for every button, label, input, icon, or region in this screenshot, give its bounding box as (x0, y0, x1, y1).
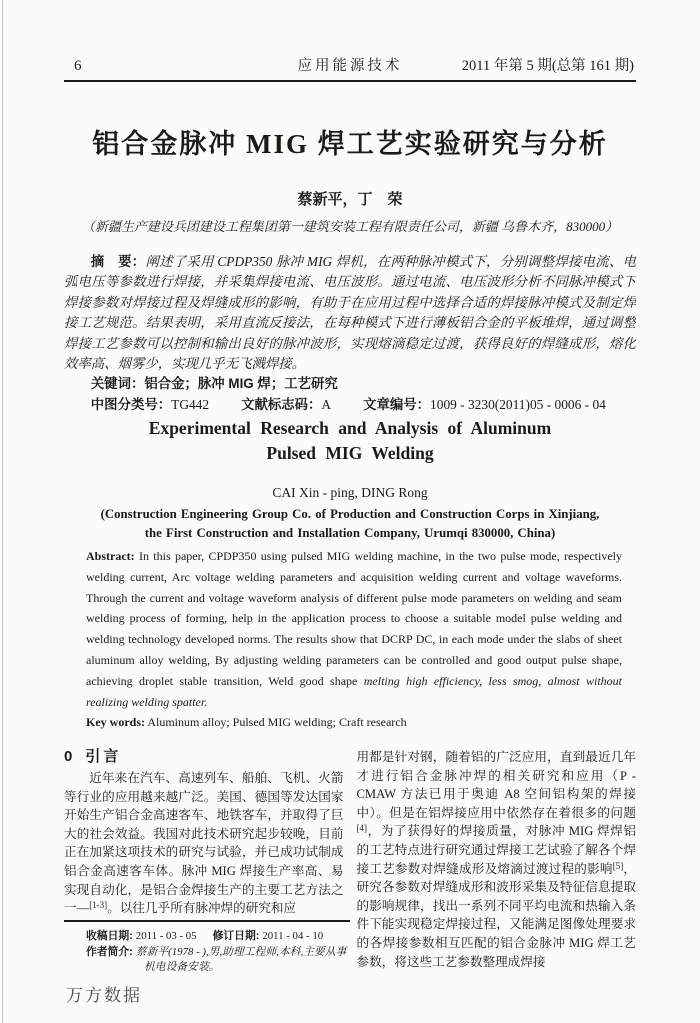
affiliation-en-line2: the First Construction and Installation … (145, 526, 555, 540)
citation-ref-4: [4] (357, 823, 368, 833)
article-title-zh: 铝合金脉冲 MIG 焊工艺实验研究与分析 (0, 122, 700, 161)
received-date-value: 2011 - 03 - 05 (136, 930, 197, 942)
section-number: 0 (64, 748, 72, 765)
authors-en: CAI Xin - ping, DING Rong (0, 485, 700, 501)
affiliation-en: (Construction Engineering Group Co. of P… (0, 505, 700, 543)
right-column-paragraph: 用都是针对钢，随着铝的广泛应用，直到最近几年才进行铝合金脉冲焊的相关研究和应用（… (357, 748, 637, 971)
doc-code-value: A (321, 397, 331, 412)
author-bio-value: 蔡新平(1978 - ),男,助理工程师,本科,主要从事机电设备安装。 (136, 946, 347, 974)
page-header: 6 应用能源技术 2011 年第 5 期(总第 161 期) (64, 50, 636, 82)
journal-scan-page: 6 应用能源技术 2011 年第 5 期(总第 161 期) 铝合金脉冲 MIG… (0, 0, 700, 1023)
issue-info: 2011 年第 5 期(总第 161 期) (462, 54, 634, 75)
article-id-value: 1009 - 3230(2011)05 - 0006 - 04 (430, 397, 606, 412)
keywords-en-label: Key words: (86, 715, 145, 729)
right-text-1: 用都是针对钢，随着铝的广泛应用，直到最近几年才进行铝合金脉冲焊的相关研究和应用（… (357, 750, 637, 820)
clc-value: TG442 (171, 397, 209, 412)
abstract-zh-text: 阐述了采用 CPDP350 脉冲 MIG 焊机，在两种脉冲模式下，分别调整焊接电… (64, 254, 636, 371)
authors-zh: 蔡新平，丁 荣 (0, 188, 700, 209)
right-text-3: ，研究各参数对焊缝成形和波形采集及特征信息提取的影响规律，找出一系列不同平均电流… (357, 862, 637, 969)
right-column: 用都是针对钢，随着铝的广泛应用，直到最近几年才进行铝合金脉冲焊的相关研究和应用（… (357, 748, 637, 971)
classification-line: 中图分类号：TG442文献标志码：A文章编号：1009 - 3230(2011)… (64, 395, 636, 415)
affiliation-zh: （新疆生产建设兵团建设工程集团第一建筑安装工程有限责任公司，新疆 乌鲁木齐，83… (0, 216, 700, 235)
abstract-en-block: Abstract: In this paper, CPDP350 using p… (86, 546, 622, 733)
section-title: 引言 (85, 748, 121, 765)
author-bio-label: 作者简介: (86, 946, 136, 958)
abstract-zh-label: 摘 要： (91, 254, 146, 269)
revised-date-label: 修订日期: (213, 930, 263, 942)
received-date-label: 收稿日期: (86, 930, 136, 942)
title-en-line1: Experimental Research and Analysis of Al… (149, 418, 551, 438)
affiliation-en-line1: (Construction Engineering Group Co. of P… (101, 507, 600, 521)
left-text-2: 。以往几乎所有脉冲焊的研究和应 (107, 901, 296, 915)
clc-label: 中图分类号： (91, 397, 171, 412)
abstract-zh-paragraph: 摘 要：阐述了采用 CPDP350 脉冲 MIG 焊机，在两种脉冲模式下，分别调… (64, 252, 636, 374)
keywords-zh-text: 铝合金；脉冲 MIG 焊；工艺研究 (144, 376, 337, 391)
citation-ref-1-3: [1-3] (89, 900, 107, 910)
keywords-en-text: Aluminum alloy; Pulsed MIG welding; Craf… (145, 715, 407, 729)
revised-date-value: 2011 - 04 - 10 (262, 930, 323, 942)
right-text-2: ，为了获得好的焊接质量，对脉冲 MIG 焊焊铝的工艺特点进行研究通过焊接工艺试验… (357, 824, 637, 875)
abstract-en-paragraph: Abstract: In this paper, CPDP350 using p… (86, 546, 622, 712)
abstract-en-text: In this paper, CPDP350 using pulsed MIG … (86, 549, 622, 688)
keywords-zh-line: 关键词：铝合金；脉冲 MIG 焊；工艺研究 (64, 374, 636, 394)
left-text-1: 近年来在汽车、高速列车、船舶、飞机、火箭等行业的应用越来越广泛。美国、德国等发达… (64, 771, 344, 915)
footnote-dates-line: 收稿日期: 2011 - 03 - 05修订日期: 2011 - 04 - 10 (86, 929, 350, 945)
author-bio-line: 作者简介: 蔡新平(1978 - ),男,助理工程师,本科,主要从事机电设备安装… (86, 945, 350, 976)
keywords-en-line: Key words: Aluminum alloy; Pulsed MIG we… (86, 712, 622, 733)
article-id-label: 文章编号： (363, 397, 430, 412)
title-en-line2: Pulsed MIG Welding (266, 443, 433, 463)
wanfang-data-watermark: 万方数据 (66, 981, 142, 1006)
abstract-en-label: Abstract: (86, 549, 135, 563)
section-heading: 0引言 (64, 748, 344, 769)
left-column-paragraph: 近年来在汽车、高速列车、船舶、飞机、火箭等行业的应用越来越广泛。美国、德国等发达… (64, 769, 344, 918)
abstract-zh-block: 摘 要：阐述了采用 CPDP350 脉冲 MIG 焊机，在两种脉冲模式下，分别调… (64, 252, 636, 415)
doc-code-label: 文献标志码： (241, 397, 321, 412)
article-title-en: Experimental Research and Analysis of Al… (0, 416, 700, 466)
footnote-block: 收稿日期: 2011 - 03 - 05修订日期: 2011 - 04 - 10… (64, 920, 350, 976)
citation-ref-5: [5] (613, 861, 624, 871)
keywords-zh-label: 关键词： (91, 376, 145, 391)
